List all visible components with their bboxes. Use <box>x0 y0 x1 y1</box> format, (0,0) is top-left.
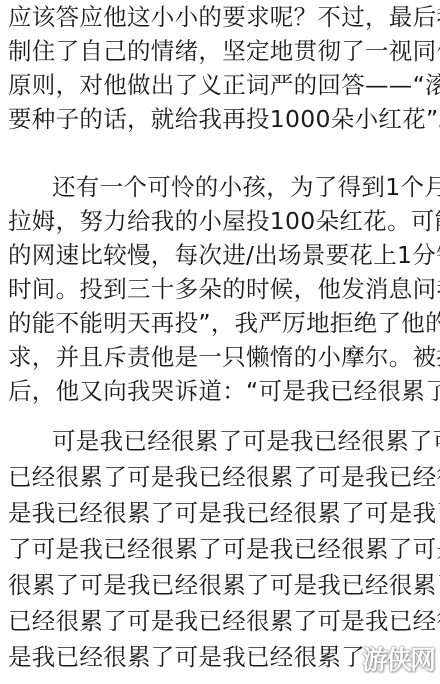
text-line: 制住了自己的情绪，坚定地贯彻了一视同仁的公平 <box>8 34 440 68</box>
watermark-logo: 游侠网 <box>362 640 434 677</box>
text-line: 是我已经很累了可是我已经很累了可是我已经很累 <box>8 496 440 530</box>
text-line: 时间。投到三十多朵的时候，他发消息问我“剩下 <box>8 272 440 306</box>
text-line: 已经很累了可是我已经很累了可是我已经很累了可 <box>8 604 440 638</box>
text-line: 很累了可是我已经很累了可是我已经很累了可是我 <box>8 568 440 602</box>
text-line: 后，他又向我哭诉道：“可是我已经很累了！”。 <box>8 374 440 408</box>
text-line: 的网速比较慢，每次进/出场景要花上1分钟左右的 <box>8 238 440 272</box>
text-line: 求，并且斥责他是一只懒惰的小摩尔。被拒绝之 <box>8 340 440 374</box>
text-line: 是我已经很累了可是我已经很累了 <box>8 640 365 674</box>
text-line: 已经很累了可是我已经很累了可是我已经很累了可 <box>8 460 440 494</box>
text-line: 还有一个可怜的小孩，为了得到1个月的超级 <box>52 170 440 204</box>
text-line: 拉姆，努力给我的小屋投100朵红花。可能是他家 <box>8 204 440 238</box>
text-line: 应该答应他这小小的要求呢？不过，最后我还是控 <box>8 0 440 34</box>
text-line: 了可是我已经很累了可是我已经很累了可是我已经 <box>8 532 440 566</box>
text-line: 可是我已经很累了可是我已经很累了可是我 <box>52 424 440 458</box>
text-line: 要种子的话，就给我再投1000朵小红花”。 <box>8 102 440 136</box>
text-line: 原则，对他做出了义正词严的回答——“滚蛋！想 <box>8 68 440 102</box>
text-line: 的能不能明天再投”，我严厉地拒绝了他的无理要 <box>8 306 440 340</box>
